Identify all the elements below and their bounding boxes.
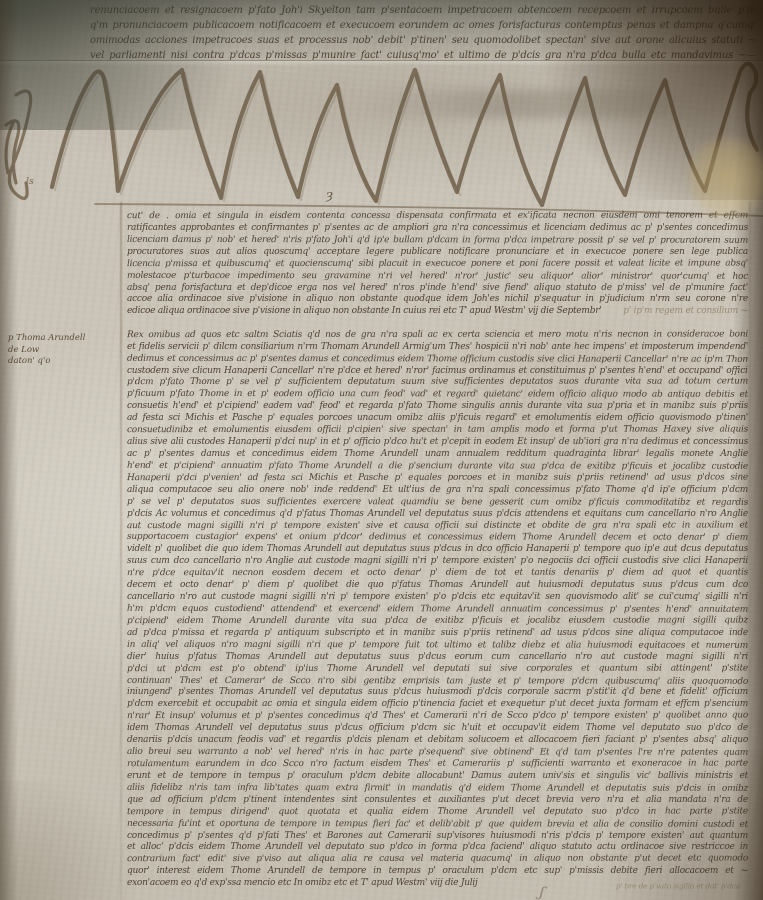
manuscript-line: iniungend' p'sentes Thomas Arundell vel …	[127, 687, 748, 699]
final-line-row: exon'acoem eo q'd exp'ssa mencio etc In …	[127, 878, 748, 891]
margin-annotation: p Thoma Arundellde Lowdaton' q'o	[8, 333, 120, 368]
manuscript-line: p'cipiend' eidem Thome Arundell durante …	[127, 615, 748, 628]
margin-annotation-line: de Low	[8, 345, 120, 357]
manuscript-line: q'm pronunciacoem publicacoem notificaco…	[90, 18, 756, 33]
manuscript-line: Rex omibus ad quos etc saltm Sciatis q'd…	[127, 329, 748, 342]
manuscript-line: vel parliamenti nisi contra p'dcas p'mis…	[90, 48, 756, 63]
manuscript-line: renunciacoem et resignacoem p'fato Joh'i…	[90, 3, 756, 18]
manuscript-line: consuetudinibz et emolumentis eiusdem of…	[127, 425, 748, 438]
manuscript-line: supportacoem custagior' expens' et onium…	[127, 532, 748, 545]
zigzag-shadow-path	[55, 73, 460, 204]
left-edge-shadow	[0, 0, 18, 900]
manuscript-line: suus cum dco cancellario n'ro Anglie aut…	[127, 556, 748, 568]
manuscript-line: ac p' p'sentes damus et concedimus eidem…	[127, 449, 748, 461]
manuscript-line: dier' huius p'fatus Thomas Arundell aut …	[127, 652, 748, 664]
manuscript-line: denariis p'dcis unacum feodis vad' et re…	[127, 735, 748, 747]
teste-line-entry-two: exon'acoem eo q'd exp'ssa mencio etc In …	[127, 878, 478, 891]
manuscript-line: necessaria fu'int et oportuna de tempore…	[127, 818, 748, 831]
manuscript-line: cut' de . omia et singula in eisdem cont…	[127, 210, 748, 223]
manuscript-line: licenciam damus p' nob' et hered' n'ris …	[127, 235, 748, 248]
manuscript-line: ad p'dca p'missa et regarda p' antiquum …	[127, 628, 748, 640]
manuscript-line: omimodas acciones impetracoes suas et pr…	[90, 33, 756, 48]
manuscript-line: molestacoe p'turbacoe impedimento seu gr…	[127, 270, 748, 283]
manuscript-line: cancellario n'ro aut custode magni sigil…	[127, 592, 748, 604]
manuscript-line: idem Thomas Arundell vel deputatus suus …	[127, 723, 748, 735]
entry-gap	[127, 318, 748, 330]
manuscript-line: licencia p'missa et quibuscumq' et quoci…	[127, 258, 748, 271]
smudge-band	[370, 90, 710, 118]
teste-text: edicoe aliqua ordinacoe sive p'visione i…	[127, 306, 602, 318]
manuscript-line: rotulamentum earundem in dco Scco n'ro f…	[127, 758, 748, 771]
manuscript-line: decem et octo denar' p' diem p' quolibet…	[127, 580, 748, 592]
zigzag-path	[52, 64, 757, 205]
entry-two-paragraph: Rex omibus ad quos etc saltm Sciatis q'd…	[127, 330, 748, 878]
manuscript-line: ad festa sci Michis et Pasche p' equales…	[127, 413, 748, 425]
entry-one-paragraph: cut' de . omia et singula in eisdem cont…	[127, 211, 748, 306]
teste-line-entry-one: edicoe aliqua ordinacoe sive p'visione i…	[127, 306, 748, 318]
manuscript-line: p'dcm exercebit et occupabit ac omia et …	[127, 699, 748, 711]
left-margin-crease	[120, 202, 122, 900]
manuscript-line: et alloc' p'dcis eidem Thome Arundell ve…	[127, 842, 748, 854]
manuscript-line: dedimus et concessimus ac p' p'sentes da…	[127, 354, 748, 367]
manuscript-line: procuratores suos aut alios quoscumq' ac…	[127, 247, 748, 259]
chancery-warrant-note: p' bre de p'vato sigillo et dat' p'dca	[616, 881, 740, 894]
zigzag-indenture-drawing	[0, 55, 763, 225]
manuscript-line: p'dcm p'fato Thome p' se vel p' sufficie…	[127, 377, 748, 390]
manuscript-line: tempore in tempus dirigend' quot quotata…	[127, 806, 748, 819]
main-text-block: cut' de . omia et singula in eisdem cont…	[127, 211, 748, 891]
manuscript-line: p'dcis Ac volumus et concedimus q'd p'fa…	[127, 509, 748, 521]
manuscript-line: quor' interest eidem Thome Arundell de t…	[127, 866, 748, 878]
manuscript-line: Hanaperii p'dci p'venien' ad festa sci M…	[127, 472, 748, 485]
manuscript-line: p' se vel p' deputatos suos sufficientes…	[127, 497, 748, 510]
manuscript-line: que ad officium p'dcm p'tinent intendent…	[127, 795, 748, 807]
margin-annotation-line: p Thoma Arundell	[8, 333, 120, 345]
manuscript-line: aliqua computacoe seu alio onere nob' in…	[127, 485, 748, 497]
manuscript-line: ratificantes approbantes et confirmantes…	[127, 223, 748, 235]
manuscript-line: p'dci ut p'dcm est p'o obtend' ip'ius Th…	[127, 663, 748, 676]
margin-annotation-line: daton' q'o	[8, 356, 120, 368]
manuscript-line: absq' pena forisfactura et dep'dicoe erg…	[127, 283, 748, 295]
manuscript-photo: renunciacoem et resignacoem p'fato Joh'i…	[0, 0, 763, 900]
manuscript-line: videlt p' quolibet die quo idem Thomas A…	[127, 544, 748, 556]
manuscript-line: et fidelis servicii p' dilcm consiliariu…	[127, 342, 748, 354]
manuscript-line: n'rar' Et insup' volumus et p' p'sentes …	[127, 711, 748, 724]
manuscript-line: p'ficuum p'fato Thome in et p' eodem off…	[127, 389, 748, 402]
manuscript-line: accoe alia ordinacoe sive p'visione in a…	[127, 294, 748, 306]
membrane-number: ȝ	[326, 188, 333, 203]
left-edge-mark: ls	[26, 176, 34, 187]
right-margin-crease	[749, 202, 751, 900]
manuscript-line: alius sive alii custodes Hanaperii p'dci…	[127, 437, 748, 449]
manuscript-line: contrarium fact' edit' sive p'viso aut a…	[127, 854, 748, 867]
manuscript-line: concedimus p' p'sentes q'd p'fati Thes' …	[127, 831, 748, 843]
manuscript-line: in aliq' vel aliquos n'ro magni sigilli …	[127, 640, 748, 653]
chancery-added-note: p' ip'm regem et consilium ~	[623, 306, 748, 318]
manuscript-line: erunt et de tempore in tempus p' oraculu…	[127, 771, 748, 783]
manuscript-line: n're p'dce equitav'it necnon eosdem dece…	[127, 568, 748, 581]
manuscript-line: aut custode magni sigilli n'ri p' tempor…	[127, 520, 748, 533]
manuscript-line: aliis fidelibz n'ris tam infra lib'tates…	[127, 783, 748, 796]
previous-entry-fragment: renunciacoem et resignacoem p'fato Joh'i…	[90, 3, 756, 63]
manuscript-line: continuan' Thes' et Camerar' de Scco n'r…	[127, 675, 748, 688]
manuscript-line: consuetis h'end' et p'cipiend' eadem vad…	[127, 401, 748, 413]
